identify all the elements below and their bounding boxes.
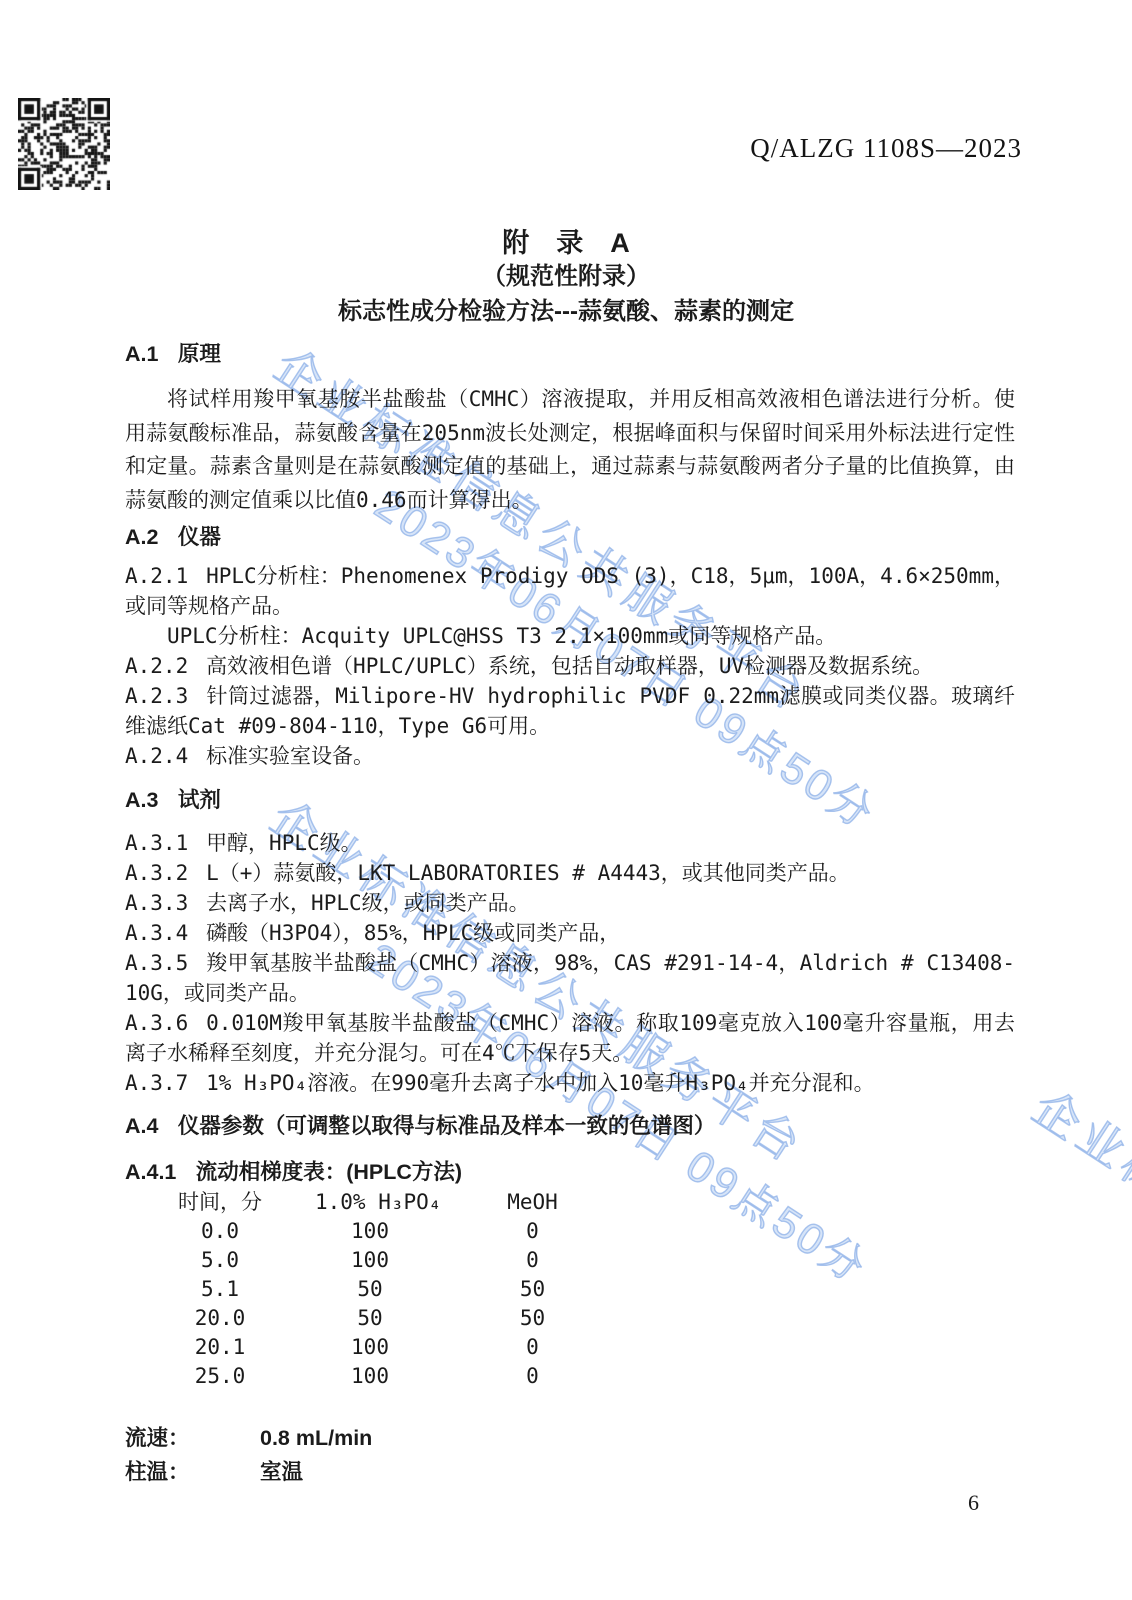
list-item: A.3.60.010M羧甲氧基胺半盐酸盐（CMHC）溶液。称取109毫克放入10… [125, 1008, 1015, 1068]
item-number: A.3.1 [125, 831, 188, 855]
item-text: 甲醇，HPLC级。 [206, 831, 362, 855]
watermark-org-fragment: 企业标准信息公共服务平台 [1022, 1072, 1132, 1467]
list-item: A.2.1HPLC分析柱：Phenomenex Prodigy ODS (3)，… [125, 561, 1015, 621]
item-number: A.2.3 [125, 684, 188, 708]
cell-meoh: 0 [425, 1217, 640, 1246]
list-item: A.3.3去离子水，HPLC级，或同类产品。 [125, 888, 1015, 918]
gradient-table: 时间，分 1.0% H₃PO₄ MeOH 0.0 100 0 5.0 100 0… [125, 1188, 685, 1391]
param-value: 室温 [260, 1455, 303, 1489]
item-number: A.3.2 [125, 861, 188, 885]
item-text: 针筒过滤器，Milipore-HV hydrophilic PVDF 0.22m… [125, 684, 1015, 738]
section-a2-body: A.2.1HPLC分析柱：Phenomenex Prodigy ODS (3)，… [125, 561, 1015, 771]
item-number: A.2.4 [125, 744, 188, 768]
paragraph: 将试样用羧甲氧基胺半盐酸盐（CMHC）溶液提取，并用反相高效液相色谱法进行分析。… [125, 383, 1015, 517]
cell-time: 0.0 [125, 1217, 315, 1246]
list-item: A.3.4磷酸（H3PO4），85%，HPLC级或同类产品， [125, 918, 1015, 948]
appendix-subtitle: （规范性附录） [0, 262, 1132, 292]
page-number: 6 [968, 1490, 979, 1516]
item-text: UPLC分析柱：Acquity UPLC@HSS T3 2.1×100mm或同等… [167, 624, 836, 648]
list-item: A.3.5羧甲氧基胺半盐酸盐（CMHC）溶液，98%，CAS #291-14-4… [125, 948, 1015, 1008]
param-label: 流速： [125, 1421, 260, 1455]
item-text: 1% H₃PO₄溶液。在990毫升去离子水中加入10毫升H₃PO₄并充分混和。 [206, 1071, 875, 1095]
cell-h3po4: 100 [315, 1333, 425, 1362]
list-item: A.2.4标准实验室设备。 [125, 741, 1015, 771]
section-a2-title: 仪器 [178, 525, 221, 549]
cell-time: 25.0 [125, 1362, 315, 1391]
table-row: 20.1 100 0 [125, 1333, 685, 1362]
item-number: A.3.7 [125, 1071, 188, 1095]
item-number: A.3.6 [125, 1011, 188, 1035]
cell-meoh: 0 [425, 1362, 640, 1391]
item-number: A.2.2 [125, 654, 188, 678]
section-a3-heading: A.3试剂 [125, 786, 1015, 814]
appendix-title: 附 录 A [0, 227, 1132, 259]
list-item: A.2.3针筒过滤器，Milipore-HV hydrophilic PVDF … [125, 681, 1015, 741]
section-a41-number: A.4.1 [125, 1160, 176, 1184]
method-parameters: 流速： 0.8 mL/min 柱温： 室温 [125, 1421, 372, 1489]
param-flow-rate: 流速： 0.8 mL/min [125, 1421, 372, 1455]
table-header-row: 时间，分 1.0% H₃PO₄ MeOH [125, 1188, 685, 1217]
item-text: HPLC分析柱：Phenomenex Prodigy ODS (3)，C18，5… [125, 564, 1015, 618]
item-number: A.3.4 [125, 921, 188, 945]
cell-h3po4: 100 [315, 1362, 425, 1391]
section-a3-number: A.3 [125, 788, 158, 812]
item-number: A.2.1 [125, 564, 188, 588]
item-number: A.3.3 [125, 891, 188, 915]
list-item: A.3.1甲醇，HPLC级。 [125, 828, 1015, 858]
cell-meoh: 50 [425, 1304, 640, 1333]
cell-time: 5.0 [125, 1246, 315, 1275]
cell-meoh: 50 [425, 1275, 640, 1304]
appendix-method-title: 标志性成分检验方法---蒜氨酸、蒜素的测定 [0, 296, 1132, 328]
section-a1-heading: A.1原理 [125, 340, 1015, 368]
table-row: 25.0 100 0 [125, 1362, 685, 1391]
column-header: MeOH [425, 1188, 640, 1217]
table-row: 20.0 50 50 [125, 1304, 685, 1333]
table-row: 0.0 100 0 [125, 1217, 685, 1246]
list-item: A.3.2L（+）蒜氨酸，LKT LABORATORIES # A4443，或其… [125, 858, 1015, 888]
section-a41-title: 流动相梯度表：(HPLC方法) [196, 1160, 462, 1184]
section-a1-title: 原理 [178, 342, 221, 366]
section-a1-number: A.1 [125, 342, 158, 366]
item-number: A.3.5 [125, 951, 188, 975]
item-text: 高效液相色谱（HPLC/UPLC）系统，包括自动取样器，UV检测器及数据系统。 [206, 654, 933, 678]
item-text: L（+）蒜氨酸，LKT LABORATORIES # A4443，或其他同类产品… [206, 861, 850, 885]
cell-h3po4: 50 [315, 1275, 425, 1304]
document-page: 企业标准信息公共服务平台 2023年06月07日 09点50分 企业标准信息公共… [0, 0, 1132, 1600]
cell-h3po4: 100 [315, 1217, 425, 1246]
item-text: 去离子水，HPLC级，或同类产品。 [206, 891, 530, 915]
column-header: 1.0% H₃PO₄ [315, 1188, 425, 1217]
item-text: 羧甲氧基胺半盐酸盐（CMHC）溶液，98%，CAS #291-14-4，Aldr… [125, 951, 1015, 1005]
section-a4-number: A.4 [125, 1114, 158, 1138]
param-label: 柱温： [125, 1455, 260, 1489]
appendix-title-block: 附 录 A （规范性附录） 标志性成分检验方法---蒜氨酸、蒜素的测定 [0, 227, 1132, 328]
cell-meoh: 0 [425, 1333, 640, 1362]
section-a41-heading: A.4.1流动相梯度表：(HPLC方法) [125, 1158, 1015, 1186]
item-text: 标准实验室设备。 [206, 744, 374, 768]
list-item: A.2.2高效液相色谱（HPLC/UPLC）系统，包括自动取样器，UV检测器及数… [125, 651, 1015, 681]
section-a1-body: 将试样用羧甲氧基胺半盐酸盐（CMHC）溶液提取，并用反相高效液相色谱法进行分析。… [125, 383, 1015, 517]
cell-time: 20.0 [125, 1304, 315, 1333]
item-text: 0.010M羧甲氧基胺半盐酸盐（CMHC）溶液。称取109毫克放入100毫升容量… [125, 1011, 1015, 1065]
section-a2-heading: A.2仪器 [125, 523, 1015, 551]
param-value: 0.8 mL/min [260, 1421, 372, 1455]
cell-time: 20.1 [125, 1333, 315, 1362]
section-a4-title: 仪器参数（可调整以取得与标准品及样本一致的色谱图） [178, 1114, 716, 1138]
qr-code [18, 98, 110, 190]
section-a3-body: A.3.1甲醇，HPLC级。 A.3.2L（+）蒜氨酸，LKT LABORATO… [125, 828, 1015, 1098]
cell-meoh: 0 [425, 1246, 640, 1275]
doc-code: Q/ALZG 1108S—2023 [750, 133, 1022, 164]
item-text: 磷酸（H3PO4），85%，HPLC级或同类产品， [206, 921, 620, 945]
section-a3-title: 试剂 [178, 788, 221, 812]
cell-time: 5.1 [125, 1275, 315, 1304]
table-row: 5.0 100 0 [125, 1246, 685, 1275]
list-item: A.3.71% H₃PO₄溶液。在990毫升去离子水中加入10毫升H₃PO₄并充… [125, 1068, 1015, 1098]
param-column-temp: 柱温： 室温 [125, 1455, 372, 1489]
section-a2-number: A.2 [125, 525, 158, 549]
section-a4-heading: A.4仪器参数（可调整以取得与标准品及样本一致的色谱图） [125, 1112, 1015, 1140]
list-item: UPLC分析柱：Acquity UPLC@HSS T3 2.1×100mm或同等… [125, 621, 1015, 651]
column-header: 时间，分 [125, 1188, 315, 1217]
cell-h3po4: 100 [315, 1246, 425, 1275]
cell-h3po4: 50 [315, 1304, 425, 1333]
table-row: 5.1 50 50 [125, 1275, 685, 1304]
